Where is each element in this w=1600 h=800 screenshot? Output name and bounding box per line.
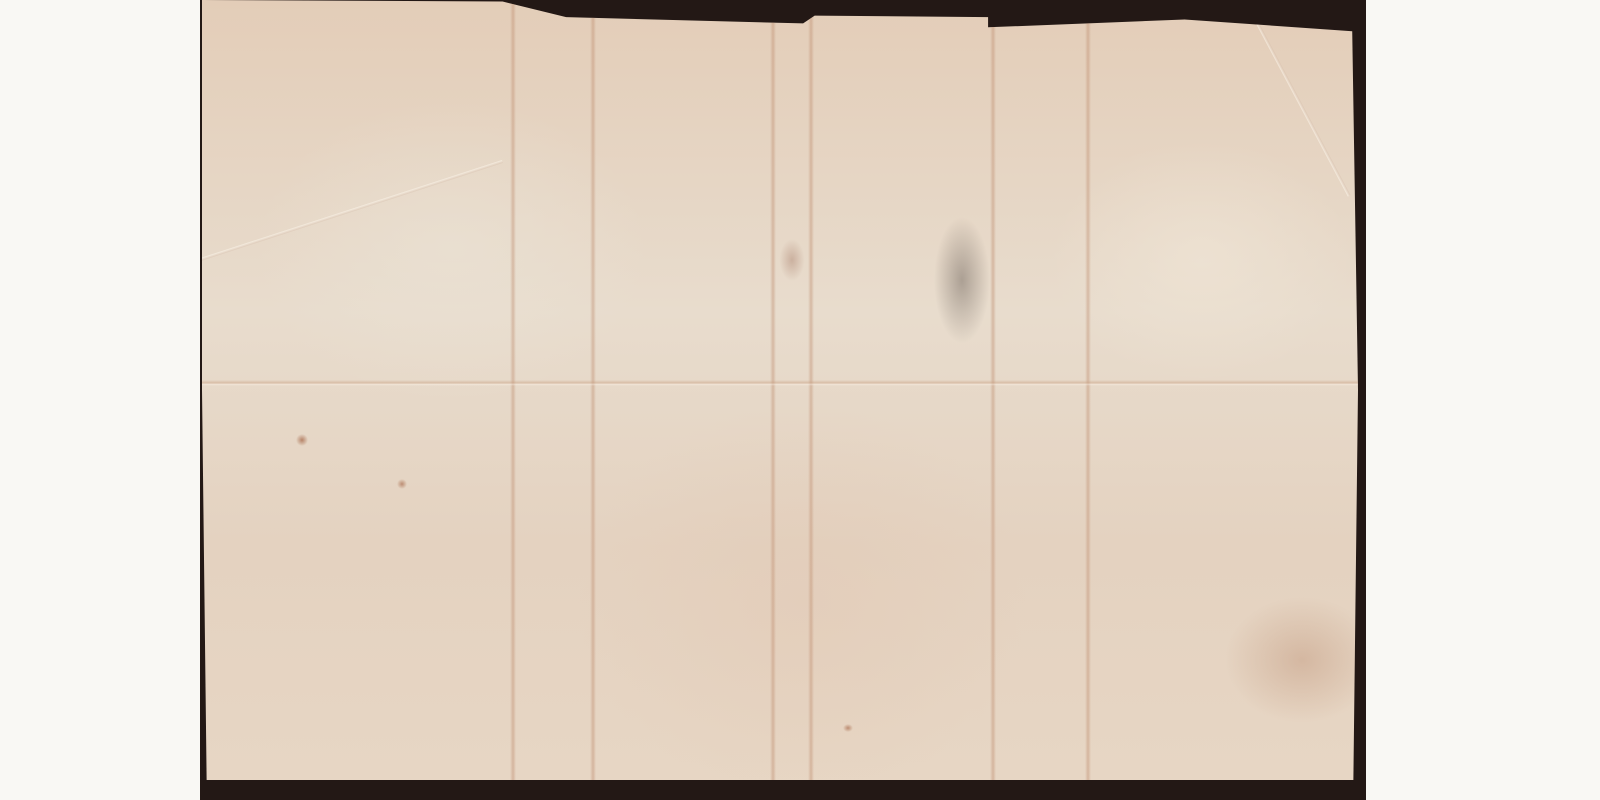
horizontal-fold-line [202, 380, 1358, 386]
vertical-fold-line [990, 0, 996, 780]
aged-paper-sheet [202, 0, 1358, 780]
vertical-fold-line [590, 0, 596, 780]
vertical-fold-line [1085, 0, 1091, 780]
vertical-fold-line [510, 0, 516, 780]
paper-crease [200, 160, 503, 262]
vertical-fold-line [808, 0, 814, 780]
vertical-fold-line [770, 0, 776, 780]
paper-crease [1254, 19, 1351, 197]
photo-backdrop [200, 0, 1366, 800]
